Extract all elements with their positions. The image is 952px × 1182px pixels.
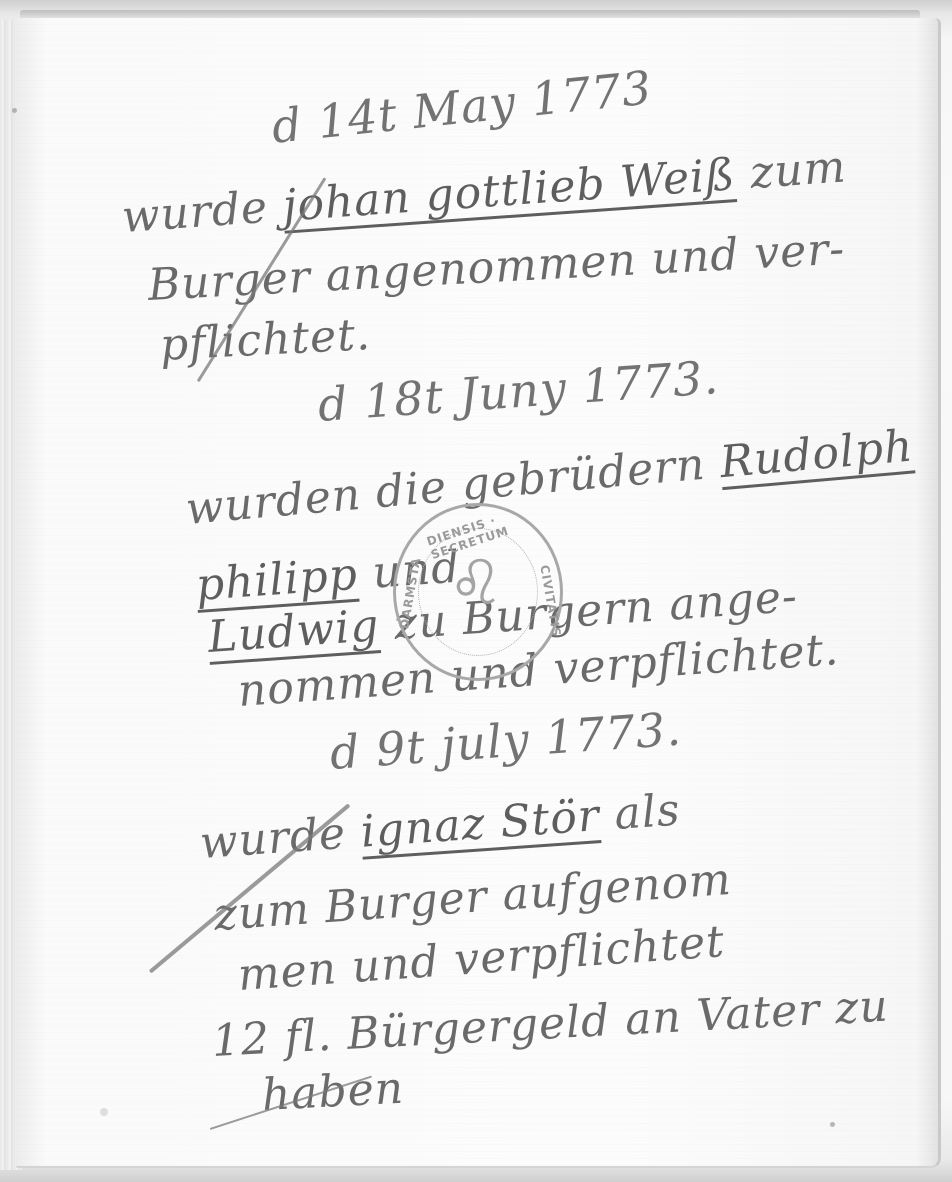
- paper-speck: [100, 1108, 108, 1116]
- entry-1-line-1-suffix: zum: [733, 141, 848, 200]
- entry-3-line-5: haben: [261, 1063, 406, 1121]
- paper-speck: [12, 108, 17, 113]
- city-seal-stamp: DIENSIS · SECRETUM CIVITATIS DARMSTA ♌: [393, 503, 563, 681]
- entry-3-line-1-suffix: als: [598, 784, 682, 841]
- scanned-page: d 14t May 1773 wurde johan gottlieb Weiß…: [0, 0, 952, 1182]
- seal-legend-right: CIVITATIS: [537, 564, 563, 638]
- paper-speck: [830, 1122, 835, 1127]
- lion-rampant-icon: ♌: [448, 552, 504, 614]
